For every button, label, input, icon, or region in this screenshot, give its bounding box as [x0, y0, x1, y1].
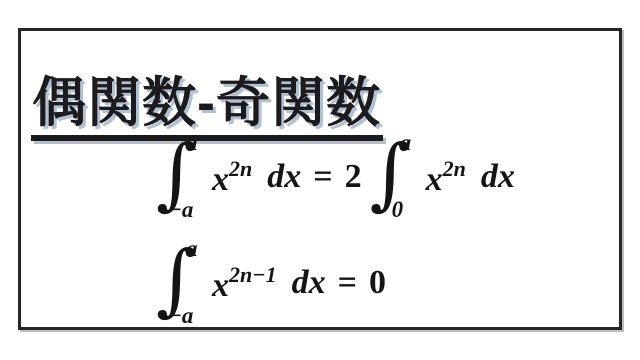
integral-upper-limit: a: [400, 131, 412, 154]
differential: dx: [267, 158, 301, 196]
integrand-term: x2n−1: [212, 262, 277, 305]
coefficient: 2: [345, 158, 362, 196]
integrand-base: x: [426, 161, 443, 198]
integrand-exponent: 2n: [229, 156, 252, 181]
result-value: 0: [369, 264, 386, 302]
integral-lower-limit: 0: [392, 198, 404, 221]
integrand-term: x2n: [212, 156, 252, 199]
differential: dx: [292, 264, 326, 302]
integral-group-right: ∫ a 0: [370, 134, 426, 220]
equals-sign: =: [313, 158, 332, 196]
equals-sign: =: [338, 264, 357, 302]
integrand-term: x2n: [426, 156, 466, 199]
differential: dx: [481, 158, 515, 196]
integrand-exponent: 2n−1: [229, 262, 277, 287]
integral-lower-limit: −a: [168, 304, 193, 327]
slide-title: 偶関数-奇関数: [31, 74, 383, 140]
integral-upper-limit: a: [186, 237, 198, 260]
integral-group-left: ∫ a −a: [156, 134, 212, 220]
formula-even-function: ∫ a −a x2n dx = 2 ∫ a 0 x2n dx: [156, 134, 515, 220]
integrand-exponent: 2n: [443, 156, 466, 181]
integral-lower-limit: −a: [168, 198, 193, 221]
integrand-base: x: [212, 161, 229, 198]
integral-group-left: ∫ a −a: [156, 240, 212, 326]
integrand-base: x: [212, 267, 229, 304]
formula-odd-function: ∫ a −a x2n−1 dx = 0: [156, 240, 386, 326]
integral-upper-limit: a: [186, 131, 198, 154]
